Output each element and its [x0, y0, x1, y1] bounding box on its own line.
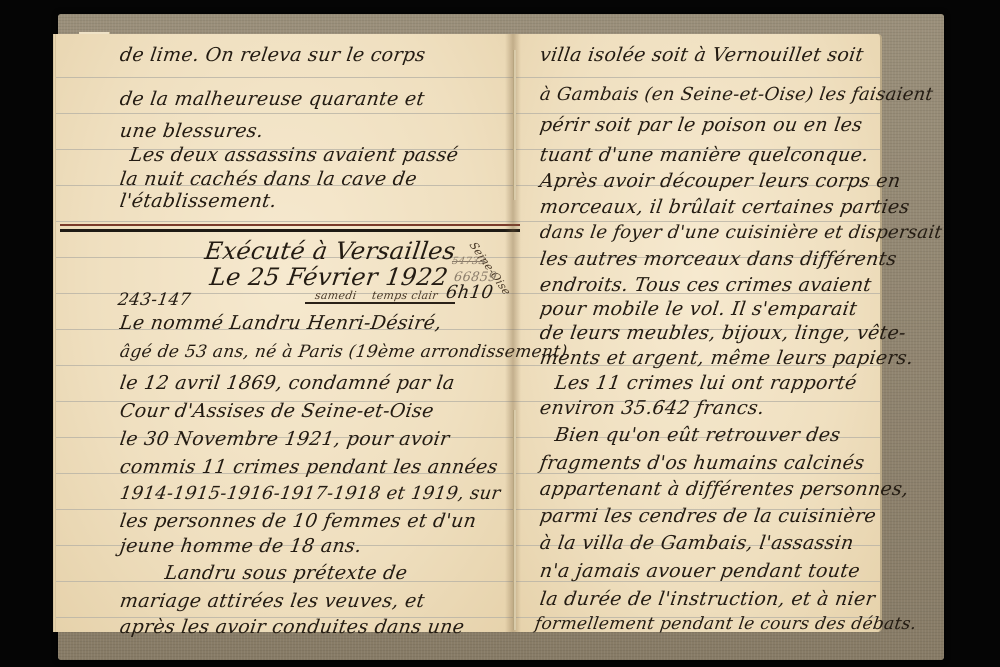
right-line-22: formellement pendant le cours des débats… [534, 614, 918, 634]
right-line-4: tuant d'une manière quelconque. [538, 144, 870, 166]
right-line-14: environ 35.642 francs. [538, 397, 765, 419]
entry-line-8: les personnes de 10 femmes et d'un [118, 510, 477, 532]
entry-title-place: Exécuté à Versailles [203, 237, 457, 265]
right-line-8: les autres morceaux dans différents [538, 248, 898, 270]
left-line-2: de la malheureuse quarante et [118, 88, 426, 110]
right-line-7: dans le foyer d'une cuisinière et disper… [539, 222, 944, 243]
execution-day: samedi [314, 289, 357, 302]
entry-line-1: Le nommé Landru Henri-Désiré, [118, 312, 443, 334]
execution-underline [305, 302, 455, 304]
right-line-3: périr soit par le poison ou en les [538, 114, 863, 136]
entry-line-7: 1914-1915-1916-1917-1918 et 1919, sur [119, 483, 502, 504]
right-line-2: à Gambais (en Seine-et-Oise) les faisaie… [539, 84, 935, 105]
right-line-21: la durée de l'instruction, et à nier [538, 588, 876, 610]
pencil-number-struck: 54733 [451, 256, 486, 267]
entry-line-6: commis 11 crimes pendant les années [118, 456, 499, 478]
entry-line-3: le 12 avril 1869, condamné par la [118, 372, 456, 394]
right-line-9: endroits. Tous ces crimes avaient [538, 274, 872, 296]
entry-line-9: jeune homme de 18 ans. [118, 535, 363, 557]
entry-line-10: Landru sous prétexte de [163, 562, 408, 584]
right-line-17: appartenant à différentes personnes, [538, 478, 910, 500]
entry-line-4: Cour d'Assises de Seine-et-Oise [118, 400, 435, 422]
entry-line-5: le 30 Novembre 1921, pour avoir [118, 428, 451, 450]
right-line-10: pour mobile le vol. Il s'emparait [538, 298, 858, 320]
entry-line-2: âgé de 53 ans, né à Paris (19ème arrondi… [119, 342, 569, 362]
right-line-1: villa isolée soit à Vernouillet soit [538, 44, 865, 66]
left-line-4: Les deux assassins avaient passé [128, 144, 459, 166]
left-line-3: une blessures. [118, 120, 264, 142]
right-line-11: de leurs meubles, bijoux, linge, vête- [538, 322, 907, 344]
execution-weather: temps clair [371, 289, 439, 302]
right-line-15: Bien qu'on eût retrouver des [553, 424, 842, 446]
right-line-6: morceaux, il brûlait certaines parties [538, 196, 911, 218]
right-line-5: Après avoir découper leurs corps en [538, 170, 902, 192]
entry-line-11: mariage attirées les veuves, et [118, 590, 426, 612]
binding-stitch [513, 410, 516, 630]
left-line-6: l'établissement. [118, 190, 278, 212]
binding-stitch [513, 50, 516, 200]
left-line-1: de lime. On releva sur le corps [118, 44, 426, 66]
left-line-5: la nuit cachés dans la cave de [118, 168, 418, 190]
register-number: 243-147 [117, 290, 193, 310]
right-line-16: fragments d'os humains calcinés [538, 452, 865, 474]
right-line-19: à la villa de Gambais, l'assassin [538, 532, 855, 554]
execution-time: 6h10 [445, 282, 495, 303]
entry-line-12: après les avoir conduites dans une [118, 616, 465, 638]
right-line-18: parmi les cendres de la cuisinière [538, 505, 877, 527]
red-rule-divider [60, 224, 520, 226]
entry-title-date: Le 25 Février 1922 [208, 263, 450, 291]
right-line-13: Les 11 crimes lui ont rapporté [553, 372, 858, 394]
black-rule-divider [60, 229, 520, 232]
right-line-20: n'a jamais avouer pendant toute [538, 560, 861, 582]
right-line-12: ments et argent, même leurs papiers. [538, 347, 914, 369]
